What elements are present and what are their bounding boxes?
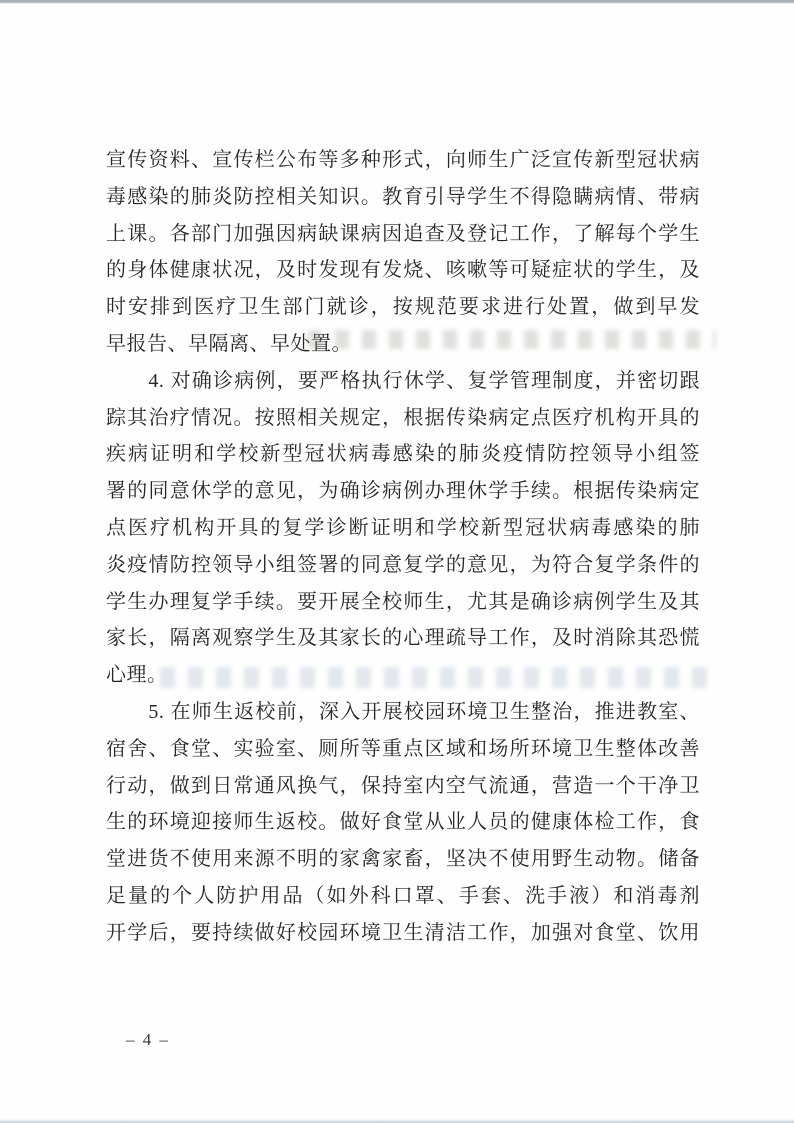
text-block: 宣传资料、宣传栏公布等多种形式，向师生广泛宣传新型冠状病 毒感染的肺炎防控相关知… — [106, 142, 700, 952]
text-line: 踪其治疗情况。按照相关规定，根据传染病定点医疗机构开具的 — [106, 400, 700, 437]
text-line: 开学后，要持续做好校园环境卫生清洁工作，加强对食堂、饮用 — [106, 915, 700, 952]
text-line: 早报告、早隔离、早处置。 — [106, 326, 700, 363]
text-line: 心理。 — [106, 657, 700, 694]
text-line: 上课。各部门加强因病缺课病因追查及登记工作，了解每个学生 — [106, 216, 700, 253]
paragraph: 5. 在师生返校前，深入开展校园环境卫生整治，推进教室、 宿舍、食堂、实验室、厕… — [106, 694, 700, 952]
scan-edge-bottom — [0, 1119, 794, 1123]
paragraph: 4. 对确诊病例，要严格执行休学、复学管理制度，并密切跟 踪其治疗情况。按照相关… — [106, 363, 700, 694]
text-line: 时安排到医疗卫生部门就诊，按规范要求进行处置，做到早发现、 — [106, 289, 700, 326]
page-number: – 4 – — [126, 1030, 170, 1050]
text-line: 学生办理复学手续。要开展全校师生，尤其是确诊病例学生及其 — [106, 584, 700, 621]
text-line: 宿舍、食堂、实验室、厕所等重点区域和场所环境卫生整体改善 — [106, 731, 700, 768]
text-line: 宣传资料、宣传栏公布等多种形式，向师生广泛宣传新型冠状病 — [106, 142, 700, 179]
text-line: 毒感染的肺炎防控相关知识。教育引导学生不得隐瞒病情、带病 — [106, 179, 700, 216]
text-line: 署的同意休学的意见，为确诊病例办理休学手续。根据传染病定 — [106, 473, 700, 510]
text-line: 的身体健康状况，及时发现有发烧、咳嗽等可疑症状的学生，及 — [106, 252, 700, 289]
text-line: 4. 对确诊病例，要严格执行休学、复学管理制度，并密切跟 — [106, 363, 700, 400]
text-line: 行动，做到日常通风换气，保持室内空气流通，营造一个干净卫 — [106, 768, 700, 805]
text-line: 生的环境迎接师生返校。做好食堂从业人员的健康体检工作，食 — [106, 804, 700, 841]
text-line: 5. 在师生返校前，深入开展校园环境卫生整治，推进教室、 — [106, 694, 700, 731]
text-line: 炎疫情防控领导小组签署的同意复学的意见，为符合复学条件的 — [106, 547, 700, 584]
document-page: 宣传资料、宣传栏公布等多种形式，向师生广泛宣传新型冠状病 毒感染的肺炎防控相关知… — [0, 0, 794, 1123]
scan-edge-top — [0, 0, 794, 4]
text-line: 堂进货不使用来源不明的家禽家畜，坚决不使用野生动物。储备 — [106, 841, 700, 878]
text-line: 点医疗机构开具的复学诊断证明和学校新型冠状病毒感染的肺 — [106, 510, 700, 547]
paragraph: 宣传资料、宣传栏公布等多种形式，向师生广泛宣传新型冠状病 毒感染的肺炎防控相关知… — [106, 142, 700, 363]
text-line: 家长，隔离观察学生及其家长的心理疏导工作，及时消除其恐慌 — [106, 620, 700, 657]
text-line: 疾病证明和学校新型冠状病毒感染的肺炎疫情防控领导小组签 — [106, 436, 700, 473]
text-line: 足量的个人防护用品（如外科口罩、手套、洗手液）和消毒剂等。 — [106, 878, 700, 915]
